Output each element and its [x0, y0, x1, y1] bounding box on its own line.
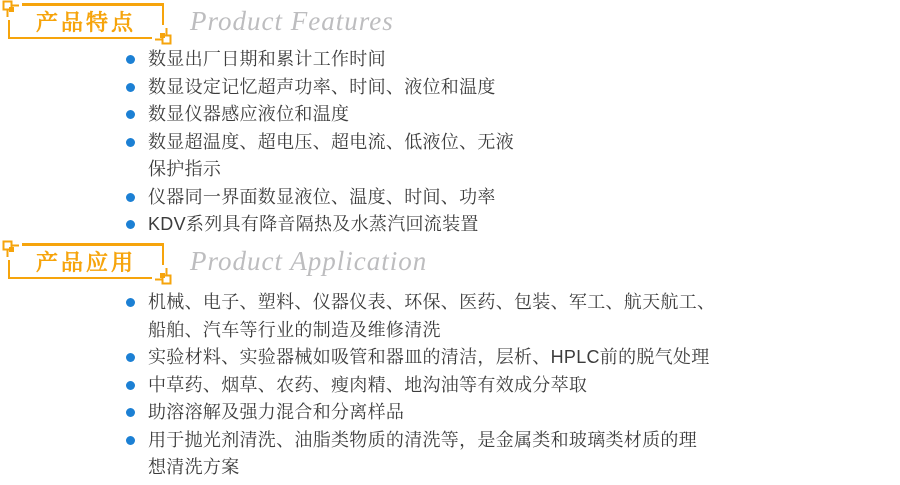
product-features-list: 数显出厂日期和累计工作时间 数显设定记忆超声功率、时间、液位和温度 数显仪器感应… [126, 46, 514, 239]
list-item: 用于抛光剂清洗、油脂类物质的清洗等，是金属类和玻璃类材质的理 想清洗方案 [126, 427, 715, 482]
corner-coil-icon [152, 25, 172, 45]
bullet-dot-icon [126, 381, 135, 390]
list-item: KDV系列具有降音隔热及水蒸汽回流装置 [126, 211, 514, 239]
section-title-en: Product Features [190, 6, 394, 37]
bullet-dot-icon [126, 83, 135, 92]
list-item-text: 机械、电子、塑料、仪器仪表、环保、医药、包装、军工、航天航工、 船舶、汽车等行业… [148, 289, 715, 344]
list-item-text: 助溶溶解及强力混合和分离样品 [148, 399, 404, 427]
list-item-text: 用于抛光剂清洗、油脂类物质的清洗等，是金属类和玻璃类材质的理 想清洗方案 [148, 427, 697, 482]
section-title-box: 产品特点 [8, 3, 164, 39]
section-title-zh: 产品应用 [36, 246, 136, 277]
corner-coil-icon [152, 265, 172, 285]
list-item: 数显出厂日期和累计工作时间 [126, 46, 514, 74]
list-item: 助溶溶解及强力混合和分离样品 [126, 399, 715, 427]
product-application-list: 机械、电子、塑料、仪器仪表、环保、医药、包装、军工、航天航工、 船舶、汽车等行业… [126, 289, 715, 482]
bullet-dot-icon [126, 220, 135, 229]
bullet-dot-icon [126, 298, 135, 307]
section-title-box: 产品应用 [8, 243, 164, 279]
corner-coil-icon [2, 240, 22, 260]
list-item: 机械、电子、塑料、仪器仪表、环保、医药、包装、军工、航天航工、 船舶、汽车等行业… [126, 289, 715, 344]
list-item: 中草药、烟草、农药、瘦肉精、地沟油等有效成分萃取 [126, 372, 715, 400]
list-item-text: 数显仪器感应液位和温度 [148, 101, 349, 129]
list-item-text: 中草药、烟草、农药、瘦肉精、地沟油等有效成分萃取 [148, 372, 587, 400]
product-features-header: 产品特点 Product Features [8, 3, 394, 39]
corner-coil-icon [2, 0, 22, 20]
list-item-text: 数显超温度、超电压、超电流、低液位、无液 保护指示 [148, 129, 514, 184]
list-item-text: 数显设定记忆超声功率、时间、液位和温度 [148, 74, 496, 102]
list-item: 数显仪器感应液位和温度 [126, 101, 514, 129]
section-title-en: Product Application [190, 246, 427, 277]
bullet-dot-icon [126, 408, 135, 417]
list-item-text: 仪器同一界面数显液位、温度、时间、功率 [148, 184, 496, 212]
product-info-page: 产品特点 Product Features 数显出厂日期和累计工作时间 数显设定… [0, 0, 900, 485]
list-item-text: 数显出厂日期和累计工作时间 [148, 46, 386, 74]
list-item-text: KDV系列具有降音隔热及水蒸汽回流装置 [148, 211, 479, 239]
bullet-dot-icon [126, 55, 135, 64]
product-application-header: 产品应用 Product Application [8, 243, 427, 279]
list-item: 仪器同一界面数显液位、温度、时间、功率 [126, 184, 514, 212]
bullet-dot-icon [126, 436, 135, 445]
section-title-zh: 产品特点 [36, 6, 136, 37]
list-item: 数显超温度、超电压、超电流、低液位、无液 保护指示 [126, 129, 514, 184]
bullet-dot-icon [126, 353, 135, 362]
bullet-dot-icon [126, 110, 135, 119]
bullet-dot-icon [126, 138, 135, 147]
list-item-text: 实验材料、实验器械如吸管和器皿的清洁，层析、HPLC前的脱气处理 [148, 344, 710, 372]
bullet-dot-icon [126, 193, 135, 202]
list-item: 实验材料、实验器械如吸管和器皿的清洁，层析、HPLC前的脱气处理 [126, 344, 715, 372]
list-item: 数显设定记忆超声功率、时间、液位和温度 [126, 74, 514, 102]
